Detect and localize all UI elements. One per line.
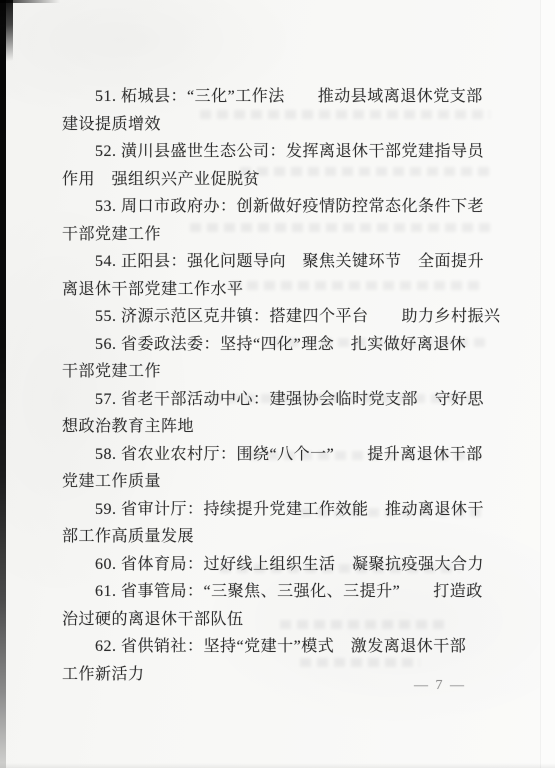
list-item-line-first: 60. 省体育局：过好线上组织生活 凝聚抗疫强大合力 (62, 551, 502, 579)
page-number: — 7 — (414, 678, 466, 694)
list-item-line-first: 54. 正阳县：强化问题导向 聚焦关键环节 全面提升 (62, 248, 502, 276)
list-item-line-cont: 作用 强组织兴产业促脱贫 (62, 166, 502, 194)
scan-edge-corner-shadow (0, 0, 13, 64)
list-item-line-cont: 党建工作质量 (62, 468, 502, 496)
list-item-line-cont: 治过硬的离退休干部队伍 (62, 606, 502, 634)
list-item-line-first: 53. 周口市政府办：创新做好疫情防控常态化条件下老 (62, 193, 502, 221)
scan-edge-top-shadow (0, 0, 60, 3)
scan-edge-right-band (540, 0, 555, 768)
scan-edge-bottom-shadow (0, 763, 555, 768)
list-item-line-first: 58. 省农业农村厅：围绕“八个一” 提升离退休干部 (62, 441, 502, 469)
list-item-line-first: 52. 潢川县盛世生态公司：发挥离退休干部党建指导员 (62, 138, 502, 166)
scan-edge-left-shadow (0, 0, 6, 768)
list-item-line-first: 62. 省供销社：坚持“党建十”模式 激发离退休干部 (62, 633, 502, 661)
list-item-line-first: 57. 省老干部活动中心：建强协会临时党支部 守好思 (62, 386, 502, 414)
list-item-line-first: 56. 省委政法委：坚持“四化”理念 扎实做好离退休 (62, 331, 502, 359)
list-item-line-first: 61. 省事管局：“三聚焦、三强化、三提升” 打造政 (62, 578, 502, 606)
list-item-line-cont: 离退休干部党建工作水平 (62, 276, 502, 304)
list-item-line-cont: 想政治教育主阵地 (62, 413, 502, 441)
list-item-line-first: 55. 济源示范区克井镇：搭建四个平台 助力乡村振兴 (62, 303, 502, 331)
list-item-line-cont: 干部党建工作 (62, 221, 502, 249)
scanned-document-page: 51. 柘城县：“三化”工作法 推动县域离退休党支部建设提质增效52. 潢川县盛… (0, 0, 555, 768)
list-item-line-first: 51. 柘城县：“三化”工作法 推动县域离退休党支部 (62, 83, 502, 111)
list-item-line-cont: 部工作高质量发展 (62, 523, 502, 551)
list-item-line-cont: 干部党建工作 (62, 358, 502, 386)
text-block: 51. 柘城县：“三化”工作法 推动县域离退休党支部建设提质增效52. 潢川县盛… (62, 83, 502, 688)
list-item-line-first: 59. 省审计厅：持续提升党建工作效能 推动离退休干 (62, 496, 502, 524)
list-item-line-cont: 建设提质增效 (62, 111, 502, 139)
